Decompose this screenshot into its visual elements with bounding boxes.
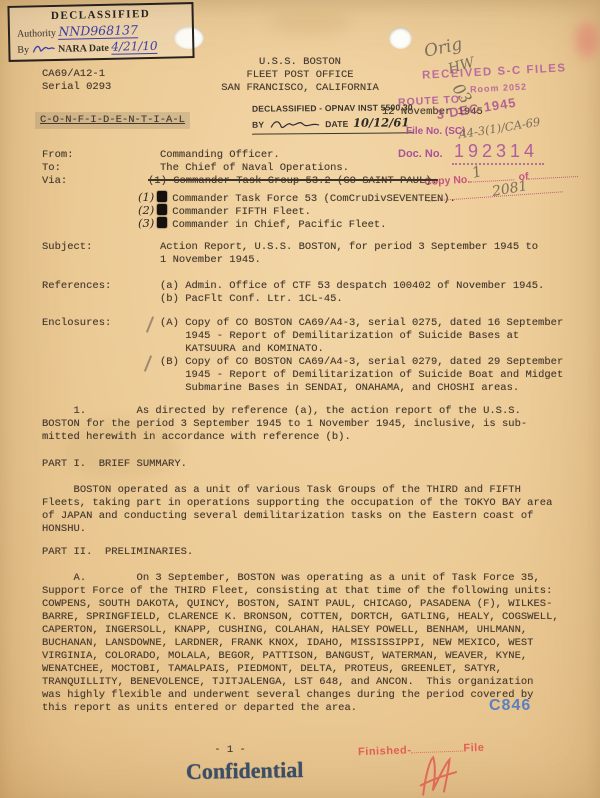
nara-date-label: NARA Date bbox=[58, 43, 109, 55]
nara-stamp-title: DECLASSIFIED bbox=[17, 7, 185, 23]
nara-by-row: By NARA Date 4/21/10 bbox=[17, 38, 185, 56]
enclosures-label: Enclosures: bbox=[42, 317, 111, 330]
classification-typed: C-O-N-F-I-D-E-N-T-I-A-L bbox=[36, 109, 189, 127]
red-smudge bbox=[576, 22, 598, 58]
letterhead-fpo: FLEET POST OFFICE bbox=[0, 69, 600, 82]
nara-authority-label: Authority bbox=[17, 28, 56, 40]
ink-blot bbox=[157, 217, 167, 228]
from-value: Commanding Officer. bbox=[160, 149, 280, 162]
nara-declassified-stamp: DECLASSIFIED Authority NND968137 By NARA… bbox=[7, 2, 194, 62]
part2-paragraph: A. On 3 September, BOSTON was operating … bbox=[42, 572, 582, 715]
doc-no-label: Doc. No. bbox=[398, 148, 443, 160]
doc-no-value: 192314 bbox=[452, 141, 544, 165]
part1-heading: PART I. BRIEF SUMMARY. bbox=[42, 458, 187, 471]
page-number: - 1 - bbox=[200, 744, 260, 757]
nara-authority-value: NND968137 bbox=[58, 22, 138, 40]
opnav-by-label: BY bbox=[252, 120, 264, 130]
part2-heading: PART II. PRELIMINARIES. bbox=[42, 546, 193, 559]
nara-authority-row: Authority NND968137 bbox=[17, 21, 185, 40]
red-handwritten-initials bbox=[411, 750, 464, 798]
nara-date-value: 4/21/10 bbox=[111, 39, 158, 55]
via-item-text: Commander in Chief, Pacific Fleet. bbox=[172, 219, 386, 231]
subject-label: Subject: bbox=[42, 241, 92, 254]
opnav-date-label: DATE bbox=[325, 119, 348, 129]
paper-stain bbox=[270, 8, 350, 34]
punch-hole bbox=[389, 27, 412, 49]
paragraph-1: 1. As directed by reference (a), the act… bbox=[42, 405, 577, 444]
subject-text: Action Report, U.S.S. BOSTON, for period… bbox=[160, 241, 538, 267]
via-item: (3)Commander in Chief, Pacific Fleet. bbox=[138, 214, 387, 232]
via-struck-line: (1) Commander Task Group 53.2 (CO SAINT … bbox=[148, 175, 438, 188]
part1-paragraph: BOSTON operated as a unit of various Tas… bbox=[42, 484, 582, 536]
references-label: References: bbox=[42, 280, 111, 293]
references-text: (a) Admin. Office of CTF 53 despatch 100… bbox=[160, 280, 544, 306]
finished-file-label: File bbox=[463, 742, 484, 755]
from-label: From: bbox=[42, 149, 74, 162]
classification-text: C-O-N-F-I-D-E-N-T-I-A-L bbox=[36, 113, 189, 128]
confidential-footer: Confidential bbox=[186, 757, 304, 785]
to-value: The Chief of Naval Operations. bbox=[160, 162, 349, 175]
nara-by-label: By bbox=[17, 45, 29, 56]
nara-by-scribble bbox=[31, 43, 55, 55]
via-label: Via: bbox=[42, 175, 67, 188]
via-handwritten-number: (3) bbox=[138, 216, 154, 230]
enclosures-text: (A) Copy of CO BOSTON CA69/A4-3, serial … bbox=[160, 317, 563, 395]
letterhead-city: SAN FRANCISCO, CALIFORNIA bbox=[0, 82, 600, 95]
control-number-stamp: C846 bbox=[489, 697, 531, 715]
finished-label: Finished- bbox=[358, 744, 412, 758]
pencil-checkmark bbox=[144, 355, 152, 372]
to-label: To: bbox=[42, 162, 61, 175]
letterhead-ship-name: U.S.S. BOSTON bbox=[0, 56, 600, 69]
pencil-checkmark bbox=[146, 316, 154, 333]
document-page: DECLASSIFIED Authority NND968137 By NARA… bbox=[0, 0, 600, 798]
opnav-signature-scribble bbox=[269, 118, 321, 130]
